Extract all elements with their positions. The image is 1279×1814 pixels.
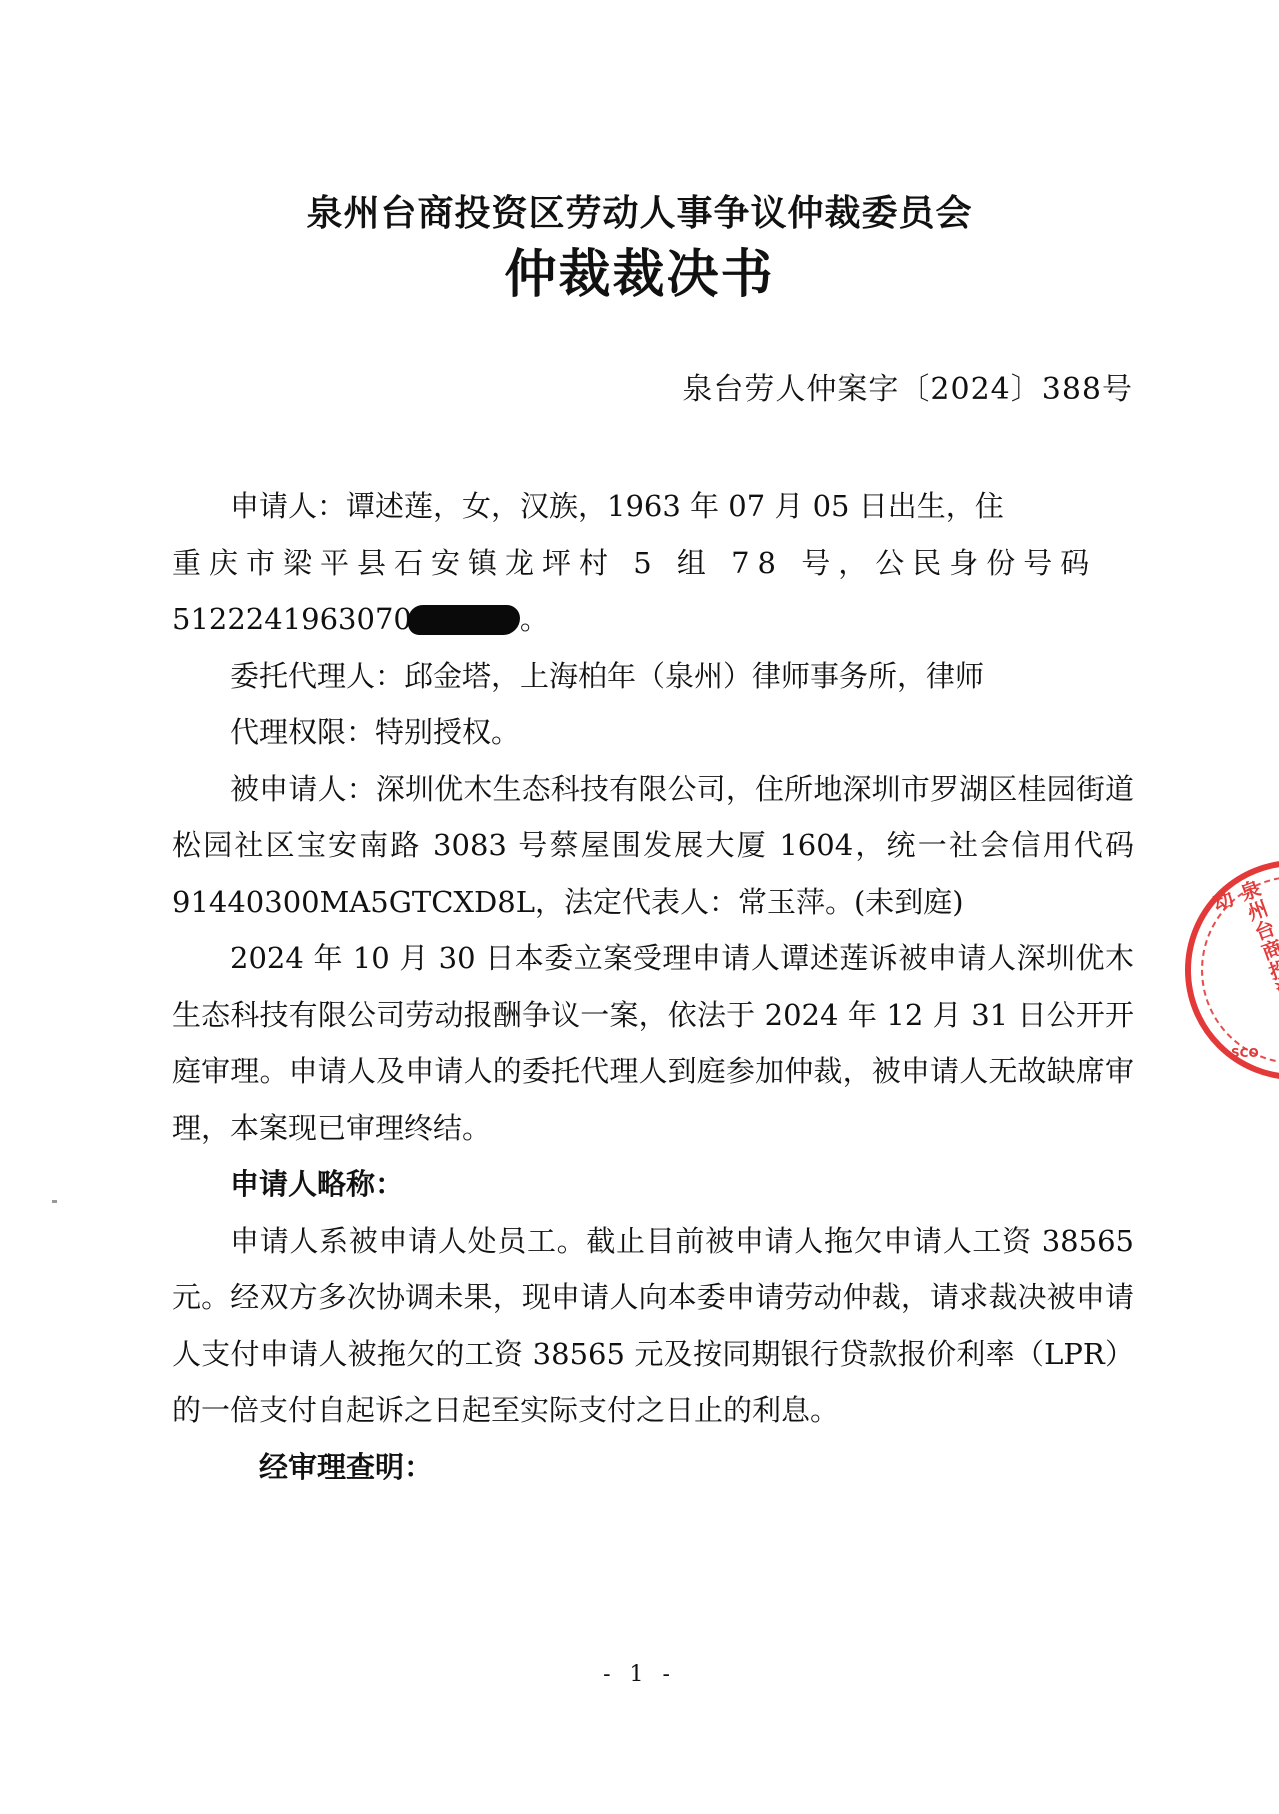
official-seal: 泉州台商投资区劳动 SCO bbox=[1185, 860, 1279, 1080]
findings-heading: 经审理查明： bbox=[172, 1439, 1134, 1496]
procedure-paragraph: 2024 年 10 月 30 日本委立案受理申请人谭述莲诉被申请人深圳优木生态科… bbox=[172, 930, 1134, 1156]
applicant-line-2: 重庆市梁平县石安镇龙坪村 5 组 78 号，公民身份号码 bbox=[172, 535, 1134, 592]
case-number: 泉台劳人仲案字〔2024〕388号 bbox=[682, 368, 1133, 412]
scan-speck bbox=[52, 1200, 57, 1203]
claims-heading: 申请人略称： bbox=[172, 1156, 1134, 1213]
applicant-line-1: 申请人：谭述莲，女，汉族，1963 年 07 月 05 日出生，住 bbox=[172, 478, 1134, 535]
claims-paragraph: 申请人系被申请人处员工。截止目前被申请人拖欠申请人工资 38565 元。经双方多… bbox=[172, 1213, 1134, 1439]
document-page: 泉州台商投资区劳动人事争议仲裁委员会 仲裁裁决书 泉台劳人仲案字〔2024〕38… bbox=[0, 0, 1279, 1814]
page-number: - 1 - bbox=[0, 1660, 1279, 1690]
seal-code: SCO bbox=[1231, 1046, 1259, 1060]
document-body: 申请人：谭述莲，女，汉族，1963 年 07 月 05 日出生，住 重庆市梁平县… bbox=[172, 478, 1134, 1495]
applicant-id-prefix: 5122241963070 bbox=[172, 602, 412, 636]
redaction-mark bbox=[408, 605, 520, 635]
respondent-info: 被申请人：深圳优木生态科技有限公司，住所地深圳市罗湖区桂园街道松园社区宝安南路 … bbox=[172, 761, 1134, 931]
applicant-id-end: 。 bbox=[520, 602, 549, 636]
applicant-id-line: 5122241963070。 bbox=[172, 591, 1134, 648]
document-title: 仲裁裁决书 bbox=[0, 244, 1279, 306]
agent-info: 委托代理人：邱金塔，上海柏年（泉州）律师事务所，律师 bbox=[172, 648, 1134, 705]
organization-title: 泉州台商投资区劳动人事争议仲裁委员会 bbox=[0, 190, 1279, 236]
agent-authority: 代理权限：特别授权。 bbox=[172, 704, 1134, 761]
